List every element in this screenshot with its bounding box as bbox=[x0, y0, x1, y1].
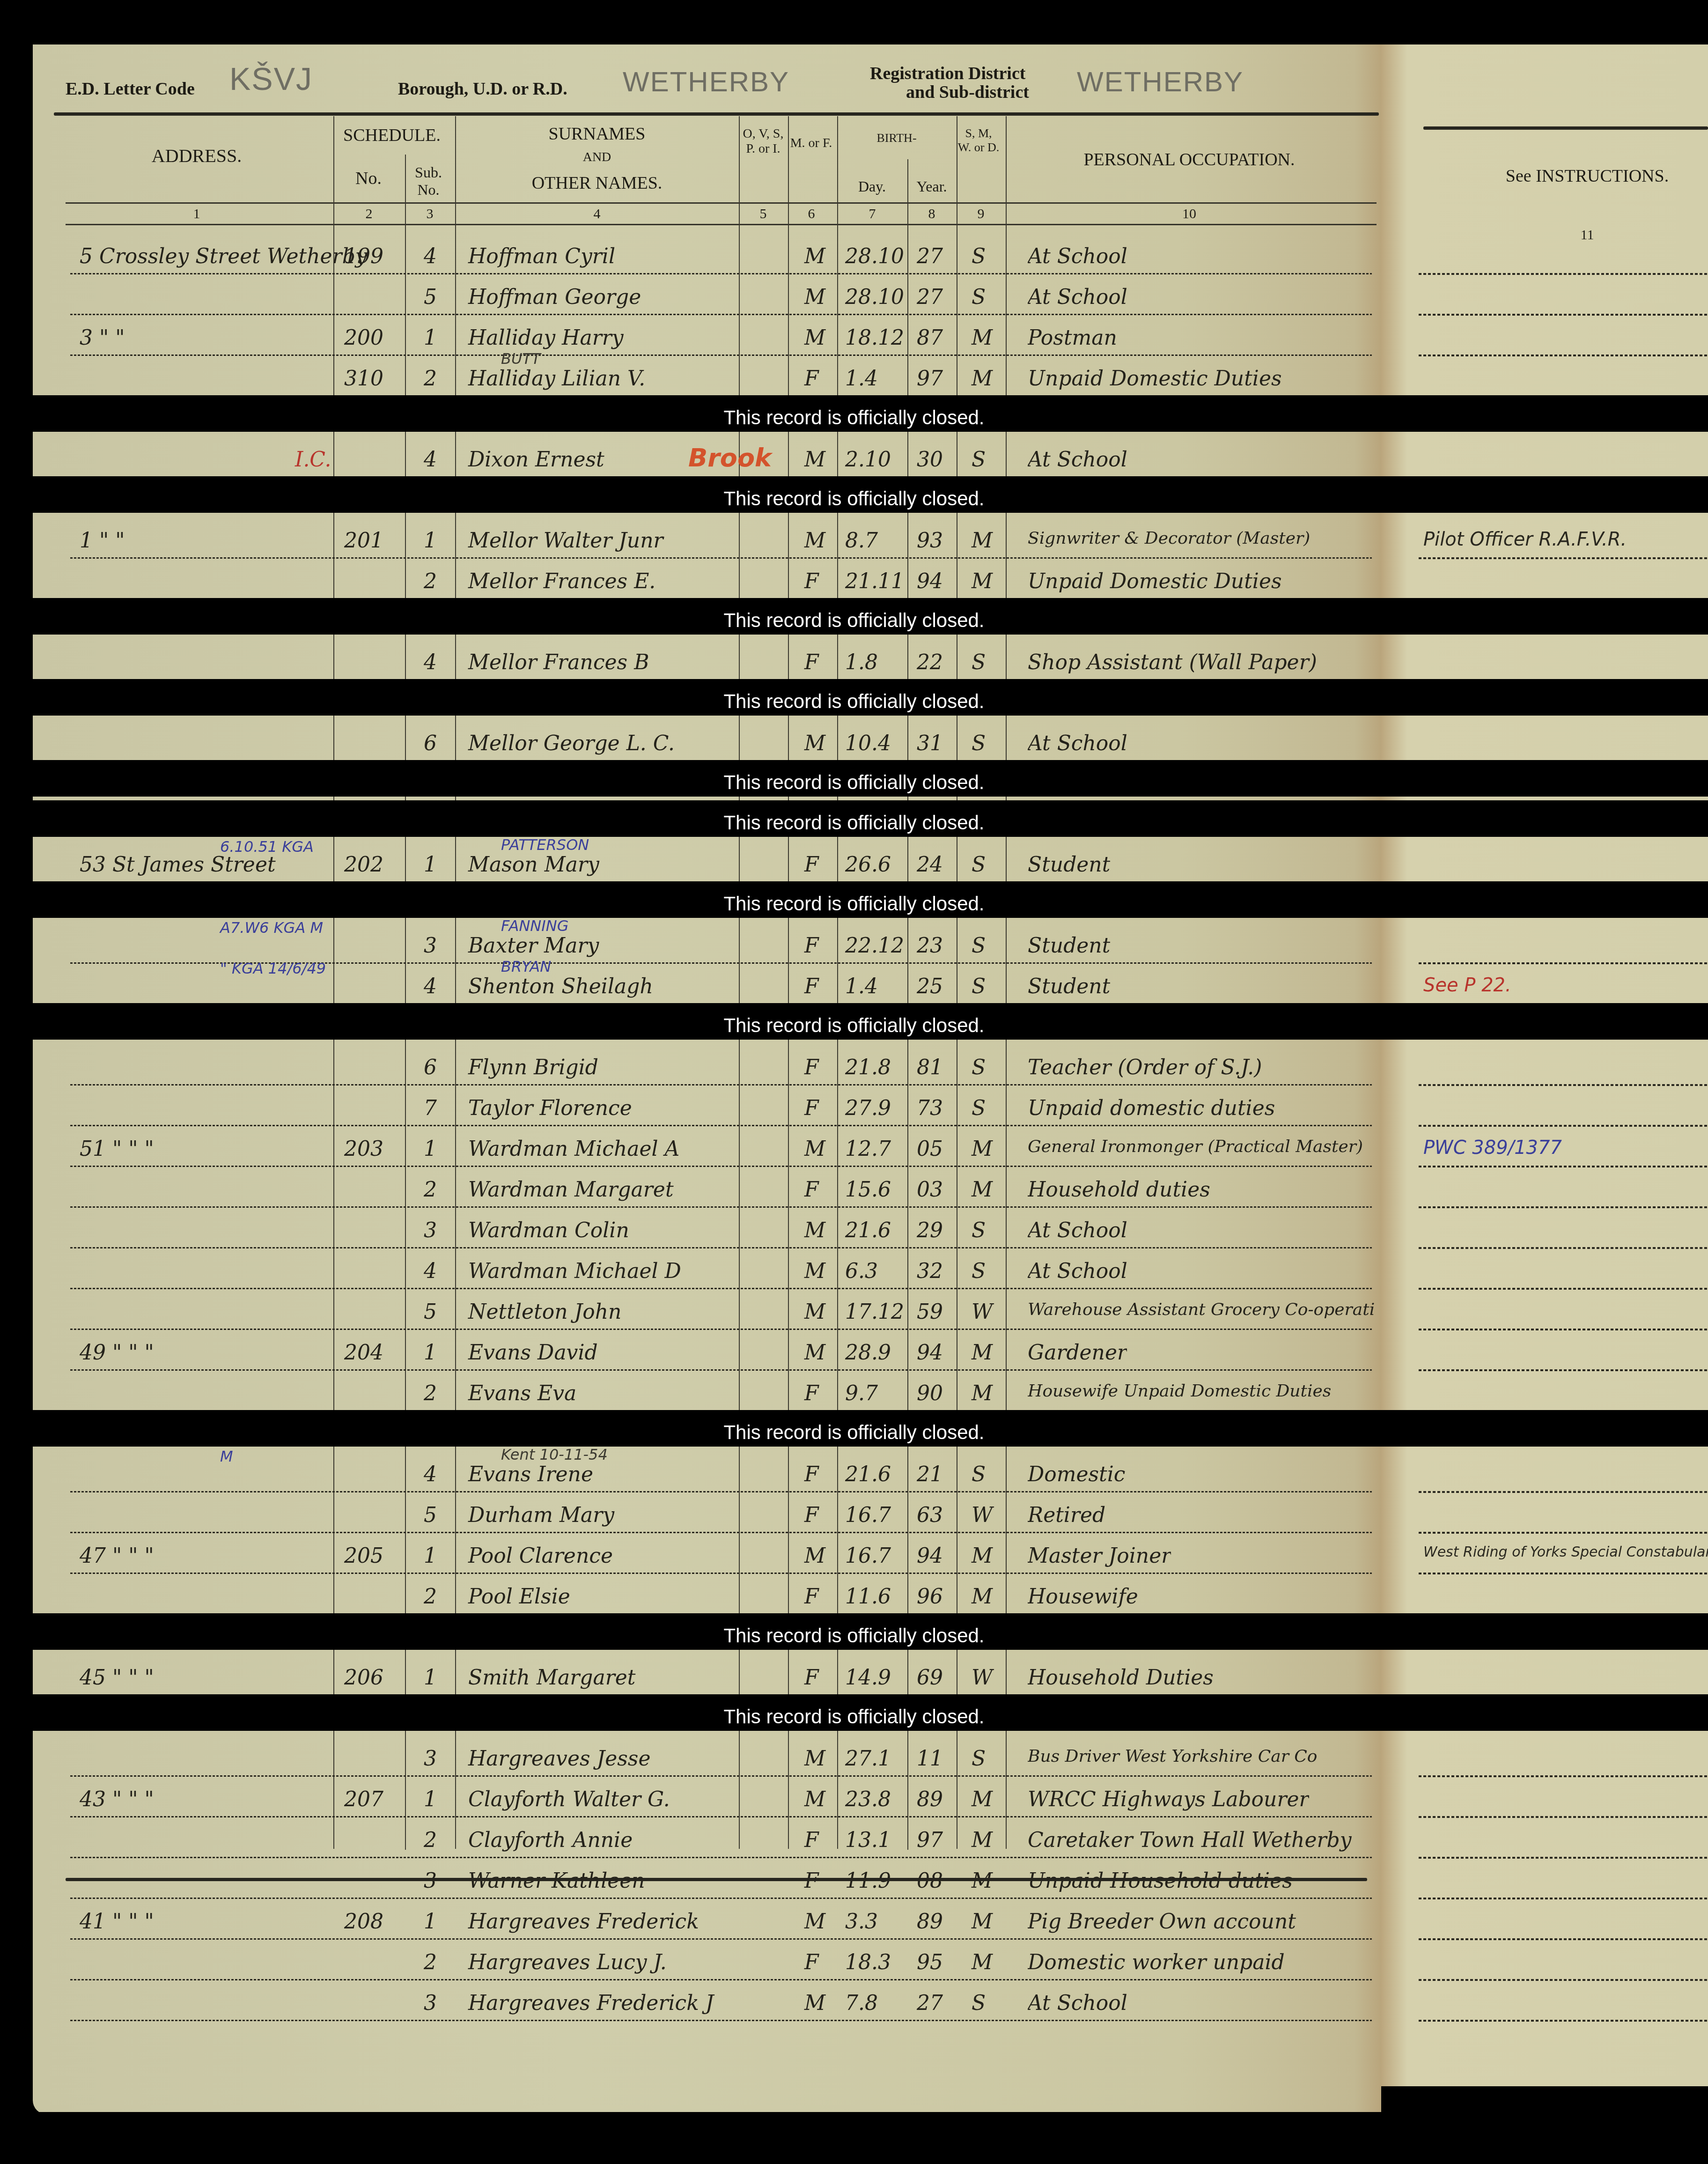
redaction-notice: This record is officially closed. bbox=[0, 690, 1708, 713]
birth-day-cell: 10.4 bbox=[845, 731, 891, 755]
occupation-cell: Warehouse Assistant Grocery Co-operative… bbox=[1028, 1300, 1374, 1319]
redaction-notice: This record is officially closed. bbox=[0, 771, 1708, 794]
instructions-remark: See P 22. bbox=[1423, 975, 1511, 996]
sub-no-cell: 6 bbox=[424, 1056, 437, 1079]
col-schedule-no: No. bbox=[333, 169, 404, 189]
sub-no-cell: 3 bbox=[424, 1747, 437, 1771]
address-cell: 5 Crossley Street Wetherby bbox=[80, 244, 367, 268]
occupation-cell: At School bbox=[1028, 1259, 1127, 1283]
sub-no-cell: 6 bbox=[424, 731, 437, 755]
instructions-row-rule bbox=[1419, 1125, 1708, 1127]
sex-cell: F bbox=[804, 1950, 819, 1974]
instructions-row-rule bbox=[1419, 1084, 1708, 1086]
marital-status-cell: S bbox=[972, 731, 986, 755]
column-header-rule bbox=[66, 202, 1377, 204]
borough-label: Borough, U.D. or R.D. bbox=[398, 79, 567, 99]
sex-cell: F bbox=[804, 1585, 819, 1609]
occupation-cell: At School bbox=[1028, 1991, 1127, 2015]
instructions-row-rule bbox=[1419, 1247, 1708, 1249]
instructions-row-rule bbox=[1419, 1369, 1708, 1371]
redaction-notice: This record is officially closed. bbox=[0, 1421, 1708, 1444]
birth-day-cell: 12.7 bbox=[845, 1137, 891, 1161]
marital-status-cell: S bbox=[972, 1747, 986, 1771]
sex-cell: F bbox=[804, 1666, 819, 1690]
sex-cell: M bbox=[804, 326, 825, 350]
occupation-cell: At School bbox=[1028, 448, 1127, 472]
col-mf: M. or F. bbox=[789, 136, 833, 151]
instructions-row-rule bbox=[1419, 1979, 1708, 1981]
sex-cell: M bbox=[804, 1341, 825, 1365]
col-ovspi: O, V, S, P. or I. bbox=[740, 126, 787, 156]
occupation-cell: Household Duties bbox=[1028, 1666, 1214, 1690]
redacted-record-bar: This record is officially closed. bbox=[0, 881, 1708, 918]
marital-status-cell: M bbox=[972, 1137, 993, 1161]
row-rule bbox=[70, 1816, 1372, 1817]
birth-day-cell: 1.8 bbox=[845, 650, 878, 674]
birth-year-cell: 93 bbox=[917, 529, 943, 553]
name-cell: Smith Margaret bbox=[468, 1666, 635, 1690]
name-cell: Nettleton John bbox=[468, 1300, 621, 1324]
column-number: 4 bbox=[583, 206, 611, 222]
birth-day-cell: 22.12 bbox=[845, 934, 904, 958]
redacted-record-bar: This record is officially closed. bbox=[0, 1694, 1708, 1731]
name-cell: Evans Irene bbox=[468, 1462, 593, 1486]
sub-no-cell: 3 bbox=[424, 934, 437, 958]
birth-year-cell: 94 bbox=[917, 1544, 943, 1568]
ed-letter-code: KŠVJ bbox=[229, 61, 313, 97]
instructions-row-rule bbox=[1419, 1775, 1708, 1777]
instructions-row-rule bbox=[1419, 1491, 1708, 1493]
occupation-cell: Caretaker Town Hall Wetherby bbox=[1028, 1828, 1352, 1852]
birth-day-cell: 15.6 bbox=[845, 1178, 891, 1202]
sub-no-cell: 1 bbox=[424, 1666, 437, 1690]
name-cell: Baxter Mary bbox=[468, 934, 599, 958]
sex-cell: M bbox=[804, 1910, 825, 1934]
birth-day-cell: 17.12 bbox=[845, 1300, 904, 1324]
sub-no-cell: 4 bbox=[424, 1462, 437, 1486]
instructions-row-rule bbox=[1419, 355, 1708, 356]
name-cell: Flynn Brigid bbox=[468, 1056, 598, 1079]
col-divider bbox=[1006, 116, 1007, 1849]
row-rule bbox=[70, 1369, 1372, 1371]
sub-no-cell: 1 bbox=[424, 326, 437, 350]
schedule-no-cell: 200 bbox=[344, 326, 383, 350]
name-cell: Dixon Ernest bbox=[468, 448, 604, 472]
occupation-cell: Student bbox=[1028, 975, 1110, 998]
birth-day-cell: 23.8 bbox=[845, 1787, 891, 1811]
birth-year-cell: 73 bbox=[917, 1096, 943, 1120]
birth-day-cell: 28.10 bbox=[845, 285, 904, 309]
name-cell: Durham Mary bbox=[468, 1503, 614, 1527]
marital-status-cell: M bbox=[972, 529, 993, 553]
marital-status-cell: S bbox=[972, 244, 986, 268]
marital-status-cell: M bbox=[972, 1341, 993, 1365]
sex-cell: F bbox=[804, 1096, 819, 1120]
sex-cell: M bbox=[804, 1300, 825, 1324]
name-cell: Halliday Lilian V. bbox=[468, 367, 645, 391]
col-surnames-3: OTHER NAMES. bbox=[456, 173, 737, 194]
row-rule bbox=[70, 1775, 1372, 1777]
instructions-row-rule bbox=[1419, 1532, 1708, 1534]
birth-day-cell: 21.8 bbox=[845, 1056, 891, 1079]
birth-year-cell: 89 bbox=[917, 1787, 943, 1811]
sex-cell: M bbox=[804, 285, 825, 309]
occupation-cell: At School bbox=[1028, 1219, 1127, 1242]
birth-day-cell: 28.9 bbox=[845, 1341, 891, 1365]
instructions-row-rule bbox=[1419, 1166, 1708, 1167]
sub-no-cell: 3 bbox=[424, 1991, 437, 2015]
sub-no-cell: 1 bbox=[424, 1787, 437, 1811]
sub-no-cell: 2 bbox=[424, 1585, 437, 1609]
birth-day-cell: 28.10 bbox=[845, 244, 904, 268]
instructions-row-rule bbox=[1419, 1288, 1708, 1290]
instructions-row-rule bbox=[1419, 1573, 1708, 1574]
sub-no-cell: 2 bbox=[424, 1381, 437, 1405]
name-cell: Hargreaves Frederick J bbox=[468, 1991, 714, 2015]
occupation-cell: Household duties bbox=[1028, 1178, 1210, 1202]
row-rule bbox=[70, 314, 1372, 315]
occupation-cell: Teacher (Order of S.J.) bbox=[1028, 1056, 1262, 1079]
birth-day-cell: 14.9 bbox=[845, 1666, 891, 1690]
schedule-no-cell: 201 bbox=[344, 529, 383, 553]
sub-no-cell: 2 bbox=[424, 569, 437, 593]
instructions-remark: Pilot Officer R.A.F.V.R. bbox=[1423, 529, 1627, 550]
row-rule bbox=[70, 1938, 1372, 1940]
header-rule-right bbox=[1423, 126, 1708, 130]
birth-year-cell: 59 bbox=[917, 1300, 943, 1324]
sex-cell: F bbox=[804, 853, 819, 877]
name-cell: Taylor Florence bbox=[468, 1096, 632, 1120]
sub-no-cell: 4 bbox=[424, 244, 437, 268]
sex-cell: M bbox=[804, 1991, 825, 2015]
sub-no-cell: 1 bbox=[424, 1910, 437, 1934]
sub-no-cell: 4 bbox=[424, 650, 437, 674]
sub-no-cell: 5 bbox=[424, 285, 437, 309]
redacted-record-bar: This record is officially closed. bbox=[0, 679, 1708, 716]
name-cell: Clayforth Walter G. bbox=[468, 1787, 670, 1811]
sub-no-cell: 3 bbox=[424, 1219, 437, 1242]
row-rule bbox=[70, 1247, 1372, 1248]
instructions-row-rule bbox=[1419, 273, 1708, 275]
ed-letter-code-label: E.D. Letter Code bbox=[66, 79, 195, 99]
marital-status-cell: S bbox=[972, 1462, 986, 1486]
birth-day-cell: 1.4 bbox=[845, 975, 878, 998]
sub-no-cell: 4 bbox=[424, 448, 437, 472]
birth-year-cell: 69 bbox=[917, 1666, 943, 1690]
birth-year-cell: 05 bbox=[917, 1137, 943, 1161]
name-annotation: PATTERSON bbox=[501, 836, 589, 854]
birth-year-cell: 21 bbox=[917, 1462, 943, 1486]
instructions-row-rule bbox=[1419, 1816, 1708, 1818]
instructions-row-rule bbox=[1419, 1938, 1708, 1940]
redaction-notice: This record is officially closed. bbox=[0, 1706, 1708, 1728]
marital-status-cell: S bbox=[972, 853, 986, 877]
address-cell: 49 " " " bbox=[80, 1341, 154, 1365]
marital-status-cell: M bbox=[972, 367, 993, 391]
schedule-no-cell: 203 bbox=[344, 1137, 383, 1161]
redacted-record-bar: This record is officially closed. bbox=[0, 1003, 1708, 1040]
birth-year-cell: 27 bbox=[917, 285, 943, 309]
birth-year-cell: 24 bbox=[917, 853, 943, 877]
name-annotation: Brook bbox=[688, 443, 772, 473]
name-cell: Hargreaves Jesse bbox=[468, 1747, 650, 1771]
occupation-cell: At School bbox=[1028, 285, 1127, 309]
sub-no-cell: 4 bbox=[424, 975, 437, 998]
sex-cell: F bbox=[804, 569, 819, 593]
name-cell: Mellor George L. C. bbox=[468, 731, 675, 755]
address-cell: 41 " " " bbox=[80, 1910, 154, 1934]
birth-year-cell: 81 bbox=[917, 1056, 943, 1079]
sex-cell: M bbox=[804, 1544, 825, 1568]
row-rule bbox=[70, 1491, 1372, 1492]
name-cell: Hoffman Cyril bbox=[468, 244, 615, 268]
birth-day-cell: 21.11 bbox=[845, 569, 904, 593]
name-annotation: BUTT bbox=[501, 350, 540, 368]
birth-year-cell: 23 bbox=[917, 934, 943, 958]
marital-status-cell: W bbox=[972, 1503, 993, 1527]
birth-year-cell: 95 bbox=[917, 1950, 943, 1974]
col-occupation: PERSONAL OCCUPATION. bbox=[1007, 150, 1372, 170]
birth-year-cell: 96 bbox=[917, 1585, 943, 1609]
redaction-notice: This record is officially closed. bbox=[0, 812, 1708, 834]
column-number: 2 bbox=[355, 206, 383, 222]
birth-year-cell: 32 bbox=[917, 1259, 943, 1283]
redacted-record-bar: This record is officially closed. bbox=[0, 395, 1708, 432]
instructions-row-rule bbox=[1419, 1857, 1708, 1859]
birth-day-cell: 6.3 bbox=[845, 1259, 878, 1283]
marital-status-cell: S bbox=[972, 1991, 986, 2015]
address-cell: 3 " " bbox=[80, 326, 125, 350]
birth-day-cell: 16.7 bbox=[845, 1544, 891, 1568]
instructions-row-rule bbox=[1419, 2020, 1708, 2022]
occupation-cell: Signwriter & Decorator (Master) bbox=[1028, 529, 1310, 548]
birth-year-cell: 27 bbox=[917, 1991, 943, 2015]
occupation-cell: Bus Driver West Yorkshire Car Co bbox=[1028, 1747, 1318, 1766]
row-rule bbox=[70, 2020, 1372, 2021]
marital-status-cell: M bbox=[972, 1787, 993, 1811]
address-cell: 45 " " " bbox=[80, 1666, 154, 1690]
birth-year-cell: 25 bbox=[917, 975, 943, 998]
col-divider bbox=[455, 116, 456, 1849]
row-rule bbox=[70, 557, 1372, 559]
column-number: 3 bbox=[416, 206, 444, 222]
occupation-cell: Domestic worker unpaid bbox=[1028, 1950, 1285, 1974]
marital-status-cell: M bbox=[972, 569, 993, 593]
col-divider bbox=[739, 116, 740, 1849]
name-cell: Mellor Frances B bbox=[468, 650, 649, 674]
birth-year-cell: 29 bbox=[917, 1219, 943, 1242]
schedule-no-cell: 205 bbox=[344, 1544, 383, 1568]
occupation-cell: Unpaid Domestic Duties bbox=[1028, 367, 1282, 391]
name-cell: Mellor Frances E. bbox=[468, 569, 655, 593]
row-rule bbox=[70, 1166, 1372, 1167]
name-cell: Wardman Michael A bbox=[468, 1137, 679, 1161]
sex-cell: M bbox=[804, 1137, 825, 1161]
registration-label-2: and Sub-district bbox=[906, 82, 1029, 103]
address-cell: 1 " " bbox=[80, 529, 125, 553]
birth-year-cell: 94 bbox=[917, 569, 943, 593]
redaction-notice: This record is officially closed. bbox=[0, 1625, 1708, 1647]
birth-day-cell: 7.8 bbox=[845, 1991, 878, 2015]
redacted-record-bar: This record is officially closed. bbox=[0, 1410, 1708, 1447]
redacted-record-bar: This record is officially closed. bbox=[0, 760, 1708, 797]
schedule-no-cell: 310 bbox=[344, 367, 383, 391]
col-schedule: SCHEDULE. bbox=[333, 126, 450, 146]
sub-no-cell: 1 bbox=[424, 853, 437, 877]
row-rule bbox=[70, 355, 1372, 356]
marital-status-cell: M bbox=[972, 1178, 993, 1202]
col-divider bbox=[837, 116, 838, 1849]
row-rule bbox=[70, 1979, 1372, 1980]
name-cell: Hargreaves Lucy J. bbox=[468, 1950, 667, 1974]
sub-no-cell: 5 bbox=[424, 1300, 437, 1324]
name-cell: Evans David bbox=[468, 1341, 598, 1365]
sex-cell: F bbox=[804, 975, 819, 998]
sex-cell: F bbox=[804, 1178, 819, 1202]
birth-year-cell: 27 bbox=[917, 244, 943, 268]
name-cell: Pool Elsie bbox=[468, 1585, 570, 1609]
sub-no-cell: 1 bbox=[424, 1137, 437, 1161]
redaction-notice: This record is officially closed. bbox=[0, 487, 1708, 510]
occupation-cell: At School bbox=[1028, 244, 1127, 268]
row-rule bbox=[70, 1084, 1372, 1086]
birth-day-cell: 16.7 bbox=[845, 1503, 891, 1527]
marital-status-cell: M bbox=[972, 1544, 993, 1568]
sub-no-cell: 1 bbox=[424, 529, 437, 553]
col-sub-no: Sub. No. bbox=[405, 164, 452, 199]
birth-day-cell: 21.6 bbox=[845, 1219, 891, 1242]
birth-day-cell: 13.1 bbox=[845, 1828, 891, 1852]
column-number: 8 bbox=[918, 206, 946, 222]
birth-day-cell: 3.3 bbox=[845, 1910, 878, 1934]
marital-status-cell: M bbox=[972, 1950, 993, 1974]
birth-year-cell: 31 bbox=[917, 731, 943, 755]
column-number: 9 bbox=[967, 206, 995, 222]
col-divider bbox=[788, 116, 789, 1849]
col-birth-year: Year. bbox=[908, 178, 955, 195]
redaction-notice: This record is officially closed. bbox=[0, 893, 1708, 915]
birth-day-cell: 9.7 bbox=[845, 1381, 878, 1405]
schedule-no-cell: 206 bbox=[344, 1666, 383, 1690]
redaction-notice: This record is officially closed. bbox=[0, 1014, 1708, 1037]
col-surnames-1: SURNAMES bbox=[456, 124, 737, 145]
sex-cell: F bbox=[804, 1462, 819, 1486]
sub-no-cell: 2 bbox=[424, 1828, 437, 1852]
instructions-row-rule bbox=[1419, 1329, 1708, 1330]
birth-year-cell: 97 bbox=[917, 1828, 943, 1852]
name-cell: Wardman Colin bbox=[468, 1219, 629, 1242]
marital-status-cell: S bbox=[972, 1056, 986, 1079]
address-cell: 43 " " " bbox=[80, 1787, 154, 1811]
scan-border bbox=[0, 2112, 1708, 2164]
row-rule bbox=[70, 1329, 1372, 1330]
row-rule bbox=[70, 1898, 1372, 1899]
birth-year-cell: 22 bbox=[917, 650, 943, 674]
birth-day-cell: 27.1 bbox=[845, 1747, 891, 1771]
marital-status-cell: S bbox=[972, 975, 986, 998]
sub-no-cell: 1 bbox=[424, 1341, 437, 1365]
name-cell: Clayforth Annie bbox=[468, 1828, 633, 1852]
marital-status-cell: M bbox=[972, 1828, 993, 1852]
instructions-remark: West Riding of Yorks Special Constabular… bbox=[1423, 1544, 1708, 1560]
col-birth-day: Day. bbox=[838, 178, 906, 195]
column-number: 1 bbox=[183, 206, 211, 222]
birth-year-cell: 03 bbox=[917, 1178, 943, 1202]
name-annotation: FANNING bbox=[501, 917, 568, 935]
sex-cell: F bbox=[804, 367, 819, 391]
sex-cell: M bbox=[804, 529, 825, 553]
row-rule bbox=[70, 1288, 1372, 1289]
address-annotation: 6.10.51 KGA bbox=[220, 838, 314, 856]
sub-no-cell: 2 bbox=[424, 1950, 437, 1974]
sex-cell: M bbox=[804, 1219, 825, 1242]
sub-no-cell: 4 bbox=[424, 1259, 437, 1283]
birth-day-cell: 18.12 bbox=[845, 326, 904, 350]
name-cell: Shenton Sheilagh bbox=[468, 975, 653, 998]
sub-no-cell: 2 bbox=[424, 367, 437, 391]
census-page-right bbox=[1381, 44, 1708, 2086]
address-cell: I.C. bbox=[295, 448, 331, 472]
redacted-record-bar: This record is officially closed. bbox=[0, 598, 1708, 635]
registration-district-value: WETHERBY bbox=[1077, 66, 1244, 98]
birth-year-cell: 94 bbox=[917, 1341, 943, 1365]
col-address: ADDRESS. bbox=[66, 145, 328, 167]
occupation-cell: Housewife bbox=[1028, 1585, 1138, 1609]
row-rule bbox=[70, 1573, 1372, 1574]
birth-year-cell: 89 bbox=[917, 1910, 943, 1934]
sex-cell: M bbox=[804, 1787, 825, 1811]
sex-cell: M bbox=[804, 1259, 825, 1283]
instructions-row-rule bbox=[1419, 557, 1708, 559]
address-cell: 51 " " " bbox=[80, 1137, 154, 1161]
redacted-record-bar: This record is officially closed. bbox=[0, 476, 1708, 513]
occupation-cell: Master Joiner bbox=[1028, 1544, 1171, 1568]
sub-no-cell: 5 bbox=[424, 1503, 437, 1527]
redaction-notice: This record is officially closed. bbox=[0, 609, 1708, 632]
marital-status-cell: W bbox=[972, 1666, 993, 1690]
name-annotation: BRYAN bbox=[501, 958, 551, 975]
birth-year-cell: 63 bbox=[917, 1503, 943, 1527]
name-cell: Hoffman George bbox=[468, 285, 641, 309]
sex-cell: M bbox=[804, 448, 825, 472]
column-number: 5 bbox=[749, 206, 777, 222]
header-rule bbox=[54, 112, 1379, 116]
occupation-cell: Shop Assistant (Wall Paper) bbox=[1028, 650, 1317, 674]
birth-day-cell: 11.6 bbox=[845, 1585, 891, 1609]
birth-day-cell: 21.6 bbox=[845, 1462, 891, 1486]
column-number: 7 bbox=[858, 206, 886, 222]
occupation-cell: Student bbox=[1028, 853, 1110, 877]
marital-status-cell: S bbox=[972, 1096, 986, 1120]
name-cell: Wardman Michael D bbox=[468, 1259, 681, 1283]
registration-label-1: Registration District bbox=[870, 63, 1025, 84]
birth-year-cell: 30 bbox=[917, 448, 943, 472]
name-cell: Hargreaves Frederick bbox=[468, 1910, 699, 1934]
marital-status-cell: M bbox=[972, 1381, 993, 1405]
occupation-cell: Gardener bbox=[1028, 1341, 1127, 1365]
redaction-notice: This record is officially closed. bbox=[0, 406, 1708, 429]
name-cell: Evans Eva bbox=[468, 1381, 576, 1405]
marital-status-cell: S bbox=[972, 650, 986, 674]
sub-no-cell: 7 bbox=[424, 1096, 437, 1120]
name-cell: Mellor Walter Junr bbox=[468, 529, 663, 553]
sub-no-cell: 2 bbox=[424, 1178, 437, 1202]
marital-status-cell: M bbox=[972, 1585, 993, 1609]
address-annotation: M bbox=[220, 1448, 233, 1465]
instructions-remark: PWC 389/1377 bbox=[1423, 1137, 1562, 1159]
birth-year-cell: 87 bbox=[917, 326, 943, 350]
column-number-rule bbox=[66, 224, 1377, 225]
